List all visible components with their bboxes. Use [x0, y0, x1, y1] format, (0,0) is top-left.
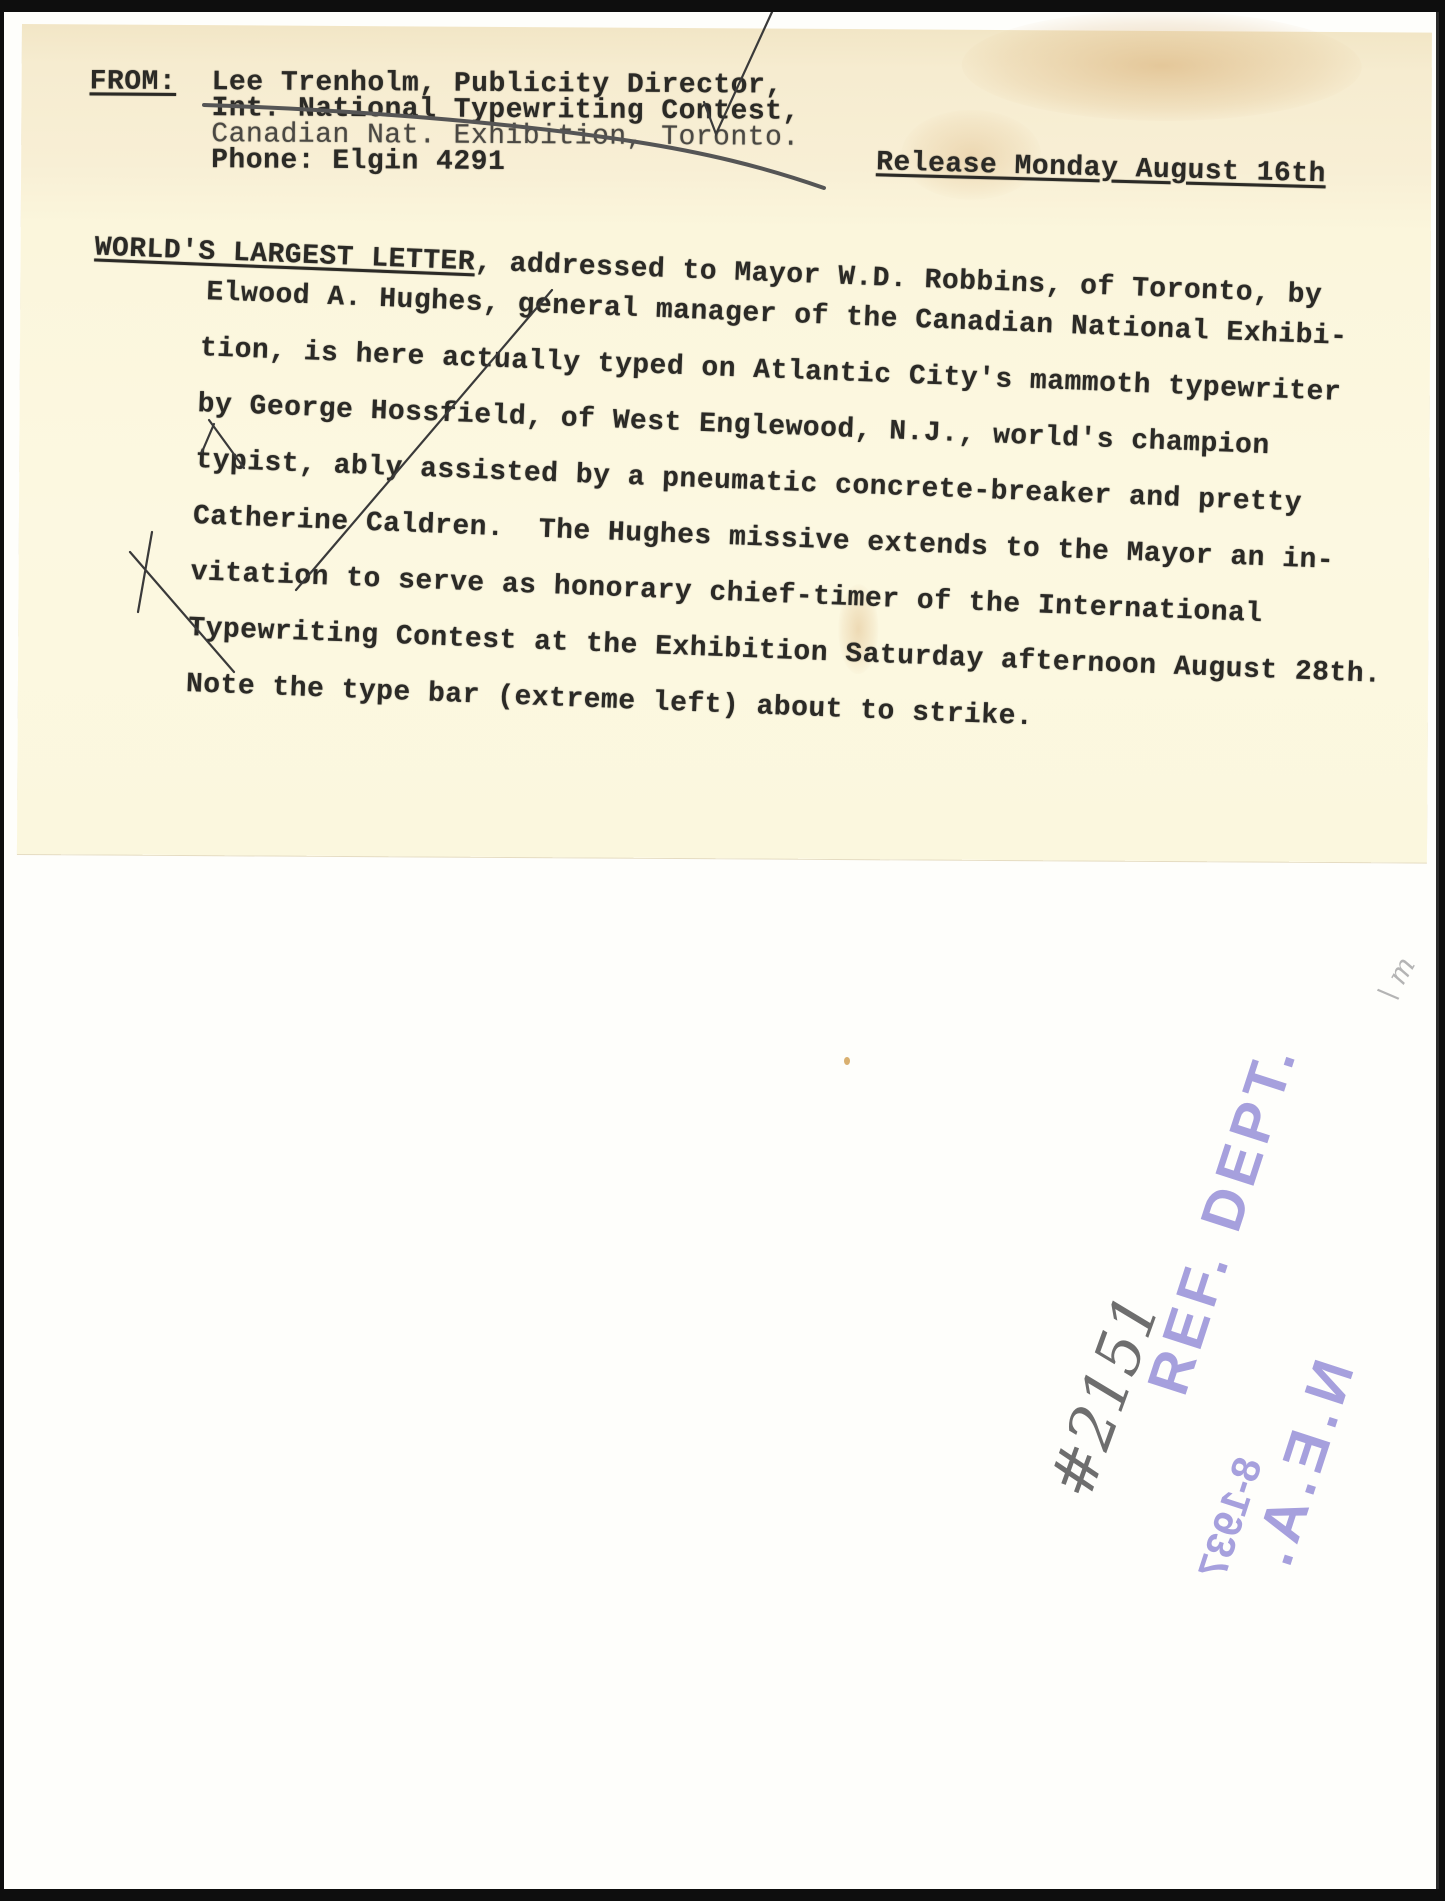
- photo-back: FROM: Lee Trenholm, Publicity Director, …: [4, 12, 1439, 1889]
- headline: WORLD'S LARGEST LETTER: [94, 232, 476, 278]
- paper-speck: [844, 1057, 850, 1065]
- handwritten-corner-mark: \ m: [1371, 951, 1422, 1006]
- body-line: Note the type bar (extreme left) about t…: [185, 669, 1033, 733]
- water-stain: [961, 10, 1362, 122]
- caption-slip: FROM: Lee Trenholm, Publicity Director, …: [17, 24, 1432, 863]
- header-line-phone: Phone: Elgin 4291: [211, 145, 505, 178]
- handwritten-catalog-number: #2151: [1034, 1285, 1174, 1507]
- from-label: FROM:: [90, 66, 177, 98]
